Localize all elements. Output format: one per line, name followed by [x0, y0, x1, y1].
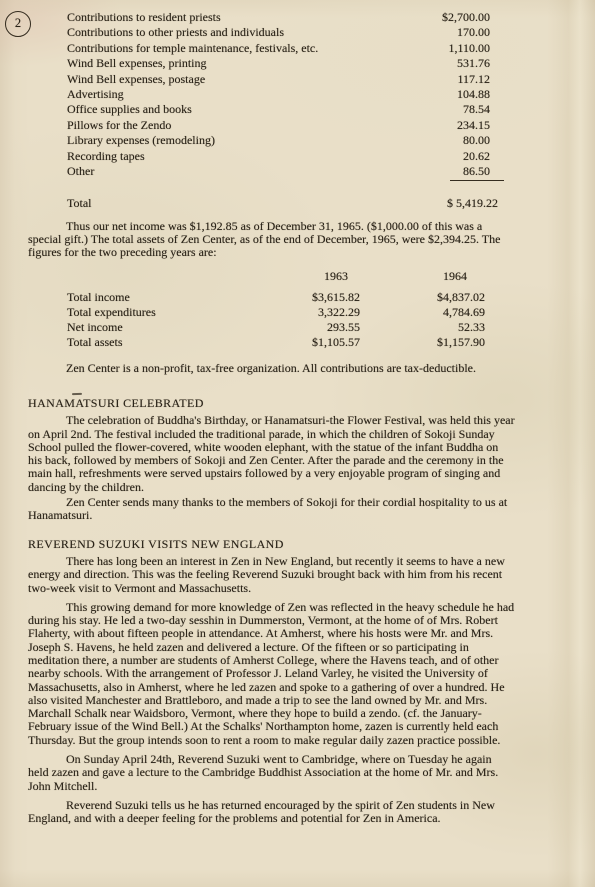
expense-amount: 1,110.00: [448, 41, 490, 56]
year-header-1963: 1963: [230, 269, 360, 284]
value-1963: $3,615.82: [230, 290, 360, 305]
net-income-paragraph: Thus our net income was $1,192.85 as of …: [28, 220, 515, 260]
value-1964: $4,837.02: [360, 290, 485, 305]
row-label: Total assets: [67, 335, 230, 350]
value-1963: 3,322.29: [230, 305, 360, 320]
page-number-badge: 2: [5, 11, 31, 37]
expense-amount: 531.76: [457, 56, 490, 71]
row-label: Total expenditures: [67, 305, 230, 320]
expense-label: Recording tapes: [67, 149, 145, 164]
scanned-newsletter-page: 2 Contributions to resident priests $2,7…: [0, 0, 595, 887]
table-row: Total income $3,615.82 $4,837.02: [67, 290, 515, 305]
expense-row: Contributions to resident priests $2,700…: [67, 10, 490, 25]
expense-label: Pillows for the Zendo: [67, 118, 171, 133]
expense-amount: $2,700.00: [442, 10, 490, 25]
expense-row: Other 86.50: [67, 164, 490, 181]
expense-row: Contributions for temple maintenance, fe…: [67, 41, 490, 56]
expense-label: Other: [67, 164, 94, 179]
expense-row: Office supplies and books 78.54: [67, 102, 490, 117]
expense-label: Contributions for temple maintenance, fe…: [67, 41, 318, 56]
page-number: 2: [15, 17, 21, 30]
expense-label: Contributions to other priests and indiv…: [67, 25, 284, 40]
expense-amount: 80.00: [463, 133, 490, 148]
section-paragraph: There has long been an interest in Zen i…: [28, 555, 515, 595]
value-1964: 4,784.69: [360, 305, 485, 320]
section-paragraph: Zen Center sends many thanks to the memb…: [28, 496, 515, 523]
expense-amount: 170.00: [457, 25, 490, 40]
expense-amount: 20.62: [463, 149, 490, 164]
expense-row: Wind Bell expenses, printing 531.76: [67, 56, 490, 71]
section-heading-suzuki: REVEREND SUZUKI VISITS NEW ENGLAND: [28, 538, 515, 551]
table-row: Net income 293.55 52.33: [67, 320, 515, 335]
expense-label: Library expenses (remodeling): [67, 133, 215, 148]
expense-list: Contributions to resident priests $2,700…: [67, 10, 490, 181]
expense-amount: 104.88: [457, 87, 490, 102]
expense-amount: 234.15: [457, 118, 490, 133]
expense-row: Advertising 104.88: [67, 87, 490, 102]
expense-row: Library expenses (remodeling) 80.00: [67, 133, 490, 148]
section-paragraph: Reverend Suzuki tells us he has returned…: [28, 799, 515, 826]
expense-row: Wind Bell expenses, postage 117.12: [67, 72, 490, 87]
total-label: Total: [67, 197, 92, 210]
section-paragraph: This growing demand for more knowledge o…: [28, 601, 515, 747]
expense-amount: 78.54: [463, 102, 490, 117]
expense-amount-other-underlined: 86.50: [450, 164, 504, 181]
expense-row: Pillows for the Zendo 234.15: [67, 118, 490, 133]
section-paragraph: The celebration of Buddha's Birthday, or…: [28, 414, 515, 494]
section-heading-hanamatsuri: HANAMATSURI CELEBRATED: [28, 397, 515, 410]
expense-label: Advertising: [67, 87, 124, 102]
comparison-table: 1963 1964 Total income $3,615.82 $4,837.…: [67, 269, 515, 350]
expense-label: Wind Bell expenses, printing: [67, 56, 207, 71]
year-header-1964: 1964: [360, 269, 485, 284]
expense-amount: 117.12: [457, 72, 490, 87]
total-amount: $ 5,419.22: [447, 197, 498, 210]
expense-label: Wind Bell expenses, postage: [67, 72, 205, 87]
row-label: Total income: [67, 290, 230, 305]
comparison-table-header: 1963 1964: [67, 269, 515, 284]
table-row: Total assets $1,105.57 $1,157.90: [67, 335, 515, 350]
value-1963: $1,105.57: [230, 335, 360, 350]
value-1964: 52.33: [360, 320, 485, 335]
value-1963: 293.55: [230, 320, 360, 335]
expense-total-row: Total $ 5,419.22: [67, 197, 498, 210]
section-paragraph: On Sunday April 24th, Reverend Suzuki we…: [28, 753, 515, 793]
expense-row: Contributions to other priests and indiv…: [67, 25, 490, 40]
expense-label: Contributions to resident priests: [67, 10, 221, 25]
table-row: Total expenditures 3,322.29 4,784.69: [67, 305, 515, 320]
tax-note-paragraph: Zen Center is a non-profit, tax-free org…: [28, 362, 515, 375]
value-1964: $1,157.90: [360, 335, 485, 350]
expense-label: Office supplies and books: [67, 102, 192, 117]
expense-row: Recording tapes 20.62: [67, 149, 490, 164]
row-label: Net income: [67, 320, 230, 335]
header-spacer: [67, 269, 230, 284]
